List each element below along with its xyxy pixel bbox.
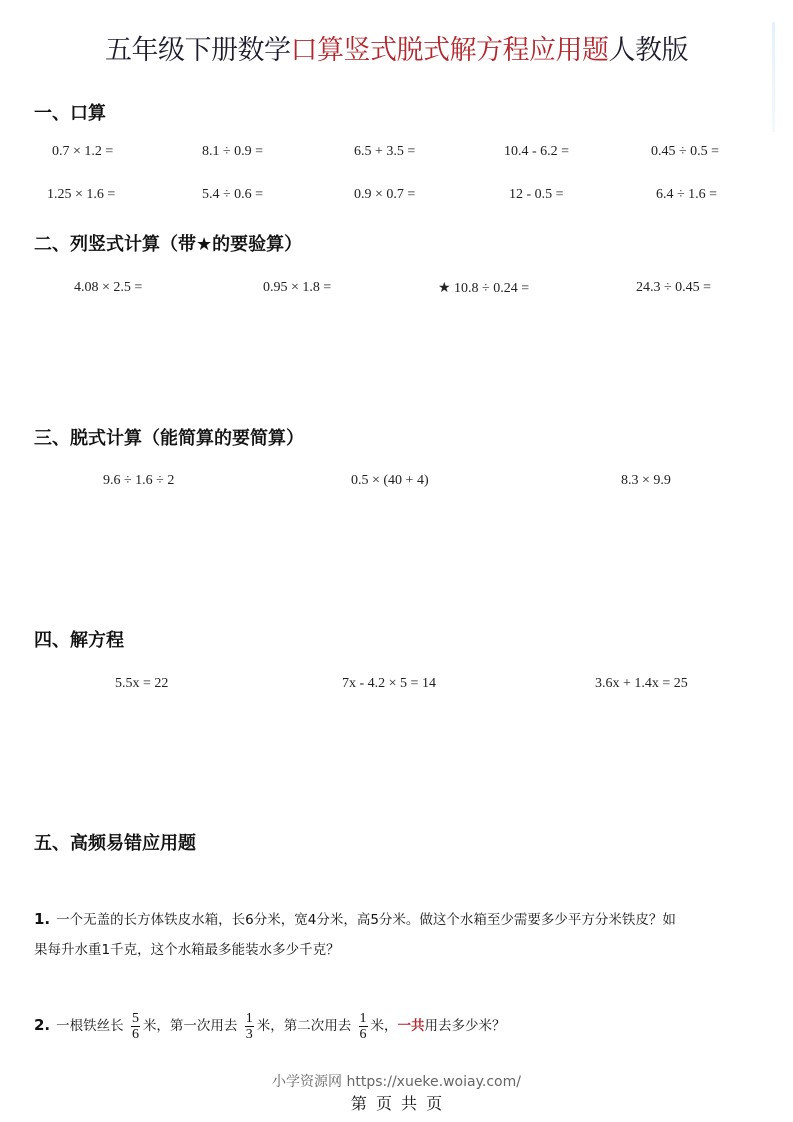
title-highlight: 口算竖式脱式解方程应用题 (291, 35, 609, 66)
fraction-1-3: 13 (245, 1011, 254, 1042)
question-text: 用去多少米？ (425, 1018, 506, 1034)
section-heading-equations: 四、解方程 (34, 626, 124, 652)
footer-source-link[interactable]: 小学资源网 https://xueke.woiay.com/ (0, 1071, 793, 1091)
oral-problem: 6.5 + 3.5 = (354, 144, 415, 160)
equation-problem: 7x - 4.2 × 5 = 14 (342, 676, 436, 692)
fraction-1-6: 16 (359, 1011, 368, 1042)
oral-problem: 12 - 0.5 = (509, 187, 564, 203)
section-heading-vertical: 二、列竖式计算（带★的要验算） (34, 230, 302, 256)
vertical-problem: 4.08 × 2.5 = (74, 280, 142, 296)
oral-problem: 5.4 ÷ 0.6 = (202, 187, 263, 203)
question-text: 米，第二次用去 (257, 1018, 352, 1034)
word-problem-1: 1.一个无盖的长方体铁皮水箱，长6分米，宽4分米，高5分米。做这个水箱至少需要多… (34, 904, 764, 965)
numerator: 1 (360, 1011, 367, 1026)
question-text: 一个无盖的长方体铁皮水箱，长6分米，宽4分米，高5分米。做这个水箱至少需要多少平… (56, 912, 676, 928)
vertical-problem-starred: ★ 10.8 ÷ 0.24 = (438, 280, 529, 297)
oral-problem: 1.25 × 1.6 = (47, 187, 115, 203)
stepwise-problem: 8.3 × 9.9 (621, 473, 671, 489)
oral-problem: 8.1 ÷ 0.9 = (202, 144, 263, 160)
question-number: 1. (34, 910, 50, 928)
vertical-problem: 24.3 ÷ 0.45 = (636, 280, 711, 296)
stepwise-problem: 9.6 ÷ 1.6 ÷ 2 (103, 473, 174, 489)
numerator: 5 (132, 1011, 139, 1026)
denominator: 3 (246, 1027, 253, 1042)
oral-problem: 6.4 ÷ 1.6 = (656, 187, 717, 203)
question-number: 2. (34, 1016, 50, 1034)
numerator: 1 (246, 1011, 253, 1026)
page-title: 五年级下册数学口算竖式脱式解方程应用题人教版 (0, 28, 793, 67)
question-text: 一根铁丝长 (56, 1018, 124, 1034)
denominator: 6 (132, 1027, 139, 1042)
word-problem-2: 2.一根铁丝长 56米，第一次用去 13米，第二次用去 16米，一共用去多少米？ (34, 1010, 764, 1042)
title-prefix: 五年级下册数学 (105, 35, 291, 66)
equation-problem: 5.5x = 22 (115, 676, 168, 692)
oral-problem: 0.9 × 0.7 = (354, 187, 415, 203)
title-suffix: 人教版 (609, 35, 689, 66)
question-text: 米， (371, 1018, 398, 1034)
fraction-5-6: 56 (131, 1011, 140, 1042)
denominator: 6 (360, 1027, 367, 1042)
question-text: 米，第一次用去 (143, 1018, 238, 1034)
oral-problem: 10.4 - 6.2 = (504, 144, 569, 160)
equation-problem: 3.6x + 1.4x = 25 (595, 676, 688, 692)
question-text: 果每升水重1千克，这个水箱最多能装水多少千克？ (34, 942, 340, 958)
oral-problem: 0.45 ÷ 0.5 = (651, 144, 719, 160)
page-edge-line (772, 22, 775, 132)
oral-problem: 0.7 × 1.2 = (52, 144, 113, 160)
keyword-highlight: 一共 (398, 1018, 425, 1034)
footer-page-number: 第 页 共 页 (0, 1091, 793, 1114)
stepwise-problem: 0.5 × (40 + 4) (351, 473, 429, 489)
section-heading-oral: 一、口算 (34, 99, 106, 125)
section-heading-word-problems: 五、高频易错应用题 (34, 829, 196, 855)
vertical-problem: 0.95 × 1.8 = (263, 280, 331, 296)
section-heading-stepwise: 三、脱式计算（能简算的要简算） (34, 424, 304, 450)
